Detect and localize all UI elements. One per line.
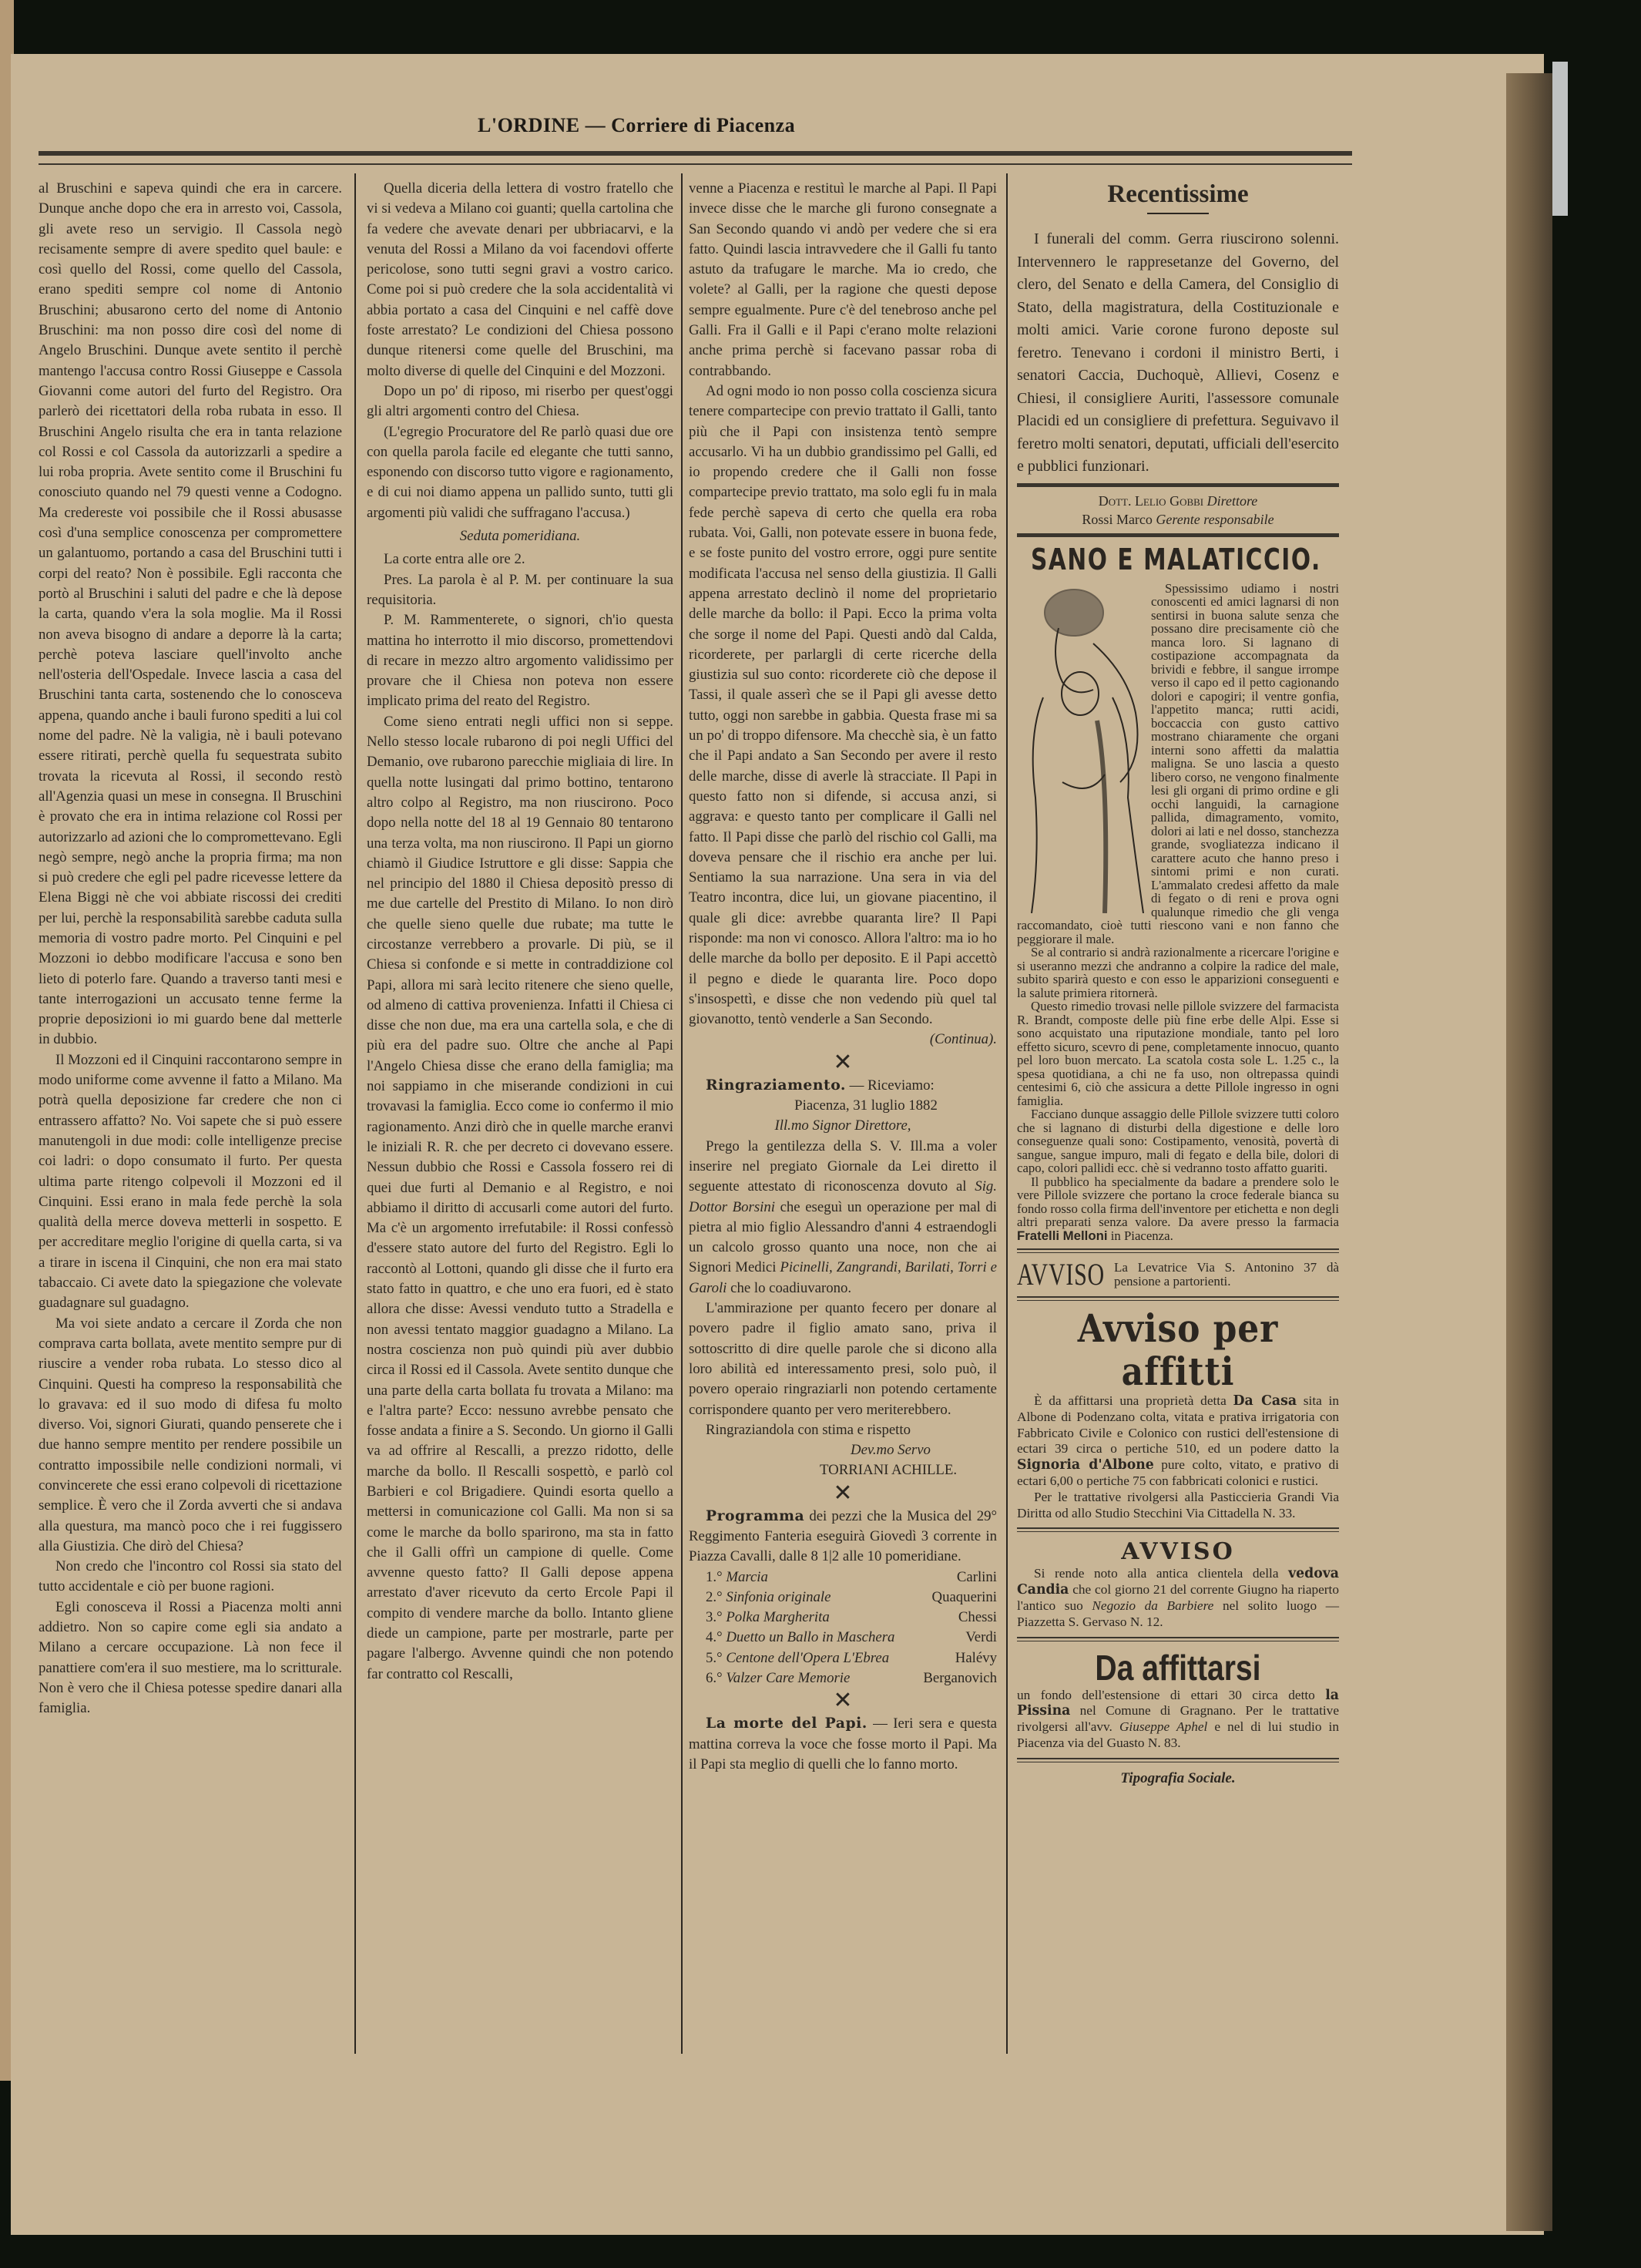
article-lead: — Riceviamo: bbox=[850, 1077, 935, 1094]
continua-label: (Continua). bbox=[689, 1030, 997, 1050]
paragraph: Ad ogni modo io non posso colla coscienz… bbox=[689, 381, 997, 1030]
letter-text: L'ammirazione per quanto fecero per dona… bbox=[689, 1299, 997, 1420]
sano-malaticcio-ad: SANO E MALATICCIO. Spessissimo bbox=[1017, 542, 1339, 1243]
notice-heading: AVVISO bbox=[1017, 1538, 1339, 1566]
notice-heading: Da affittarsi bbox=[1041, 1648, 1314, 1688]
masthead-title: L'ORDINE — Corriere di Piacenza bbox=[478, 114, 795, 137]
paragraph: Il Mozzoni ed il Cinquini raccontarono s… bbox=[39, 1050, 342, 1314]
rule bbox=[1017, 483, 1339, 487]
recentissime-section: Recentissime I funerali del comm. Gerra … bbox=[1017, 179, 1339, 479]
separator-cross-icon: ✕ bbox=[689, 1050, 997, 1075]
mother-child-illustration-icon bbox=[1020, 582, 1145, 913]
paragraph: Egli conosceva il Rossi a Piacenza molti… bbox=[39, 1598, 342, 1719]
column-divider-3 bbox=[1006, 173, 1008, 2054]
morte-papi-article: La morte del Papi. — Ieri sera e questa … bbox=[689, 1713, 997, 1775]
section-heading: Recentissime bbox=[1017, 179, 1339, 210]
article-heading: Ringraziamento. bbox=[706, 1077, 846, 1094]
paragraph: venne a Piacenza e restituì le marche al… bbox=[689, 179, 997, 381]
notice-label: AVVISO bbox=[1017, 1259, 1086, 1290]
da-affittarsi-notice: Da affittarsi un fondo dell'estensione d… bbox=[1017, 1648, 1339, 1752]
program-item: 4.° Duetto un Ballo in MascheraVerdi bbox=[689, 1628, 997, 1648]
staff-credits: Dott. Lelio Gobbi Direttore Rossi Marco … bbox=[1017, 492, 1339, 529]
separator-cross-icon: ✕ bbox=[689, 1481, 997, 1506]
column-3: venne a Piacenza e restituì le marche al… bbox=[689, 179, 997, 1775]
rule bbox=[1017, 1248, 1339, 1253]
section-title: Seduta pomeridiana. bbox=[367, 526, 673, 546]
letter-salutation: Ill.mo Signor Direttore, bbox=[689, 1116, 997, 1136]
program-item: 6.° Valzer Care MemorieBerganovich bbox=[689, 1668, 997, 1688]
rule bbox=[1017, 1527, 1339, 1532]
rule bbox=[1017, 1758, 1339, 1762]
program-item: 1.° MarciaCarlini bbox=[689, 1567, 997, 1588]
lawyer-name: Giuseppe Aphel bbox=[1119, 1719, 1207, 1734]
notice-contact: Per le trattative rivolgersi alla Pastic… bbox=[1017, 1490, 1339, 1522]
masthead-rule bbox=[39, 151, 1352, 165]
rule bbox=[1017, 1637, 1339, 1641]
letter-signature: TORRIANI ACHILLE. bbox=[689, 1460, 997, 1480]
paragraph: (L'egregio Procuratore del Re parlò quas… bbox=[367, 422, 673, 523]
manager-role: Gerente responsabile bbox=[1156, 512, 1274, 527]
letter-servant: Dev.mo Servo bbox=[689, 1440, 997, 1460]
letter-text: che lo coadiuvarono. bbox=[727, 1280, 851, 1296]
book-page-stack bbox=[1506, 73, 1552, 2231]
program-item: 3.° Polka MargheritaChessi bbox=[689, 1608, 997, 1628]
director-name: Dott. Lelio Gobbi bbox=[1099, 493, 1203, 509]
paragraph: Quella diceria della lettera di vostro f… bbox=[367, 179, 673, 381]
separator-cross-icon: ✕ bbox=[689, 1688, 997, 1713]
ringraziamento-article: Ringraziamento. — Riceviamo: Piacenza, 3… bbox=[689, 1075, 997, 1481]
paragraph: Pres. La parola è al P. M. per continuar… bbox=[367, 570, 673, 611]
paragraph: La corte entra alle ore 2. bbox=[367, 549, 673, 570]
column-1: al Bruschini e sapeva quindi che era in … bbox=[39, 179, 342, 1719]
ad-paragraph: Questo rimedio trovasi nelle pillole svi… bbox=[1017, 1000, 1339, 1107]
paragraph: al Bruschini e sapeva quindi che era in … bbox=[39, 179, 342, 1050]
article-body: I funerali del comm. Gerra riuscirono so… bbox=[1017, 228, 1339, 479]
paragraph: Non credo che l'incontro col Rossi sia s… bbox=[39, 1557, 342, 1598]
barbiere-notice: AVVISO Si rende noto alla antica cliente… bbox=[1017, 1538, 1339, 1630]
metal-clip bbox=[1552, 62, 1568, 216]
ad-paragraph: Se al contrario si andrà razionalmente a… bbox=[1017, 946, 1339, 1000]
shop-name: Negozio da Barbiere bbox=[1092, 1598, 1213, 1613]
column-divider-1 bbox=[354, 173, 356, 2054]
column-2: Quella diceria della lettera di vostro f… bbox=[367, 179, 673, 1685]
manager-name: Rossi Marco bbox=[1082, 512, 1153, 527]
ad-heading: SANO E MALATICCIO. bbox=[1031, 542, 1271, 577]
director-role: Direttore bbox=[1207, 493, 1258, 509]
property-name: Signoria d'Albone bbox=[1017, 1457, 1154, 1473]
paragraph: Ma voi siete andato a cercare il Zorda c… bbox=[39, 1314, 342, 1557]
levatrice-notice: AVVISO La Levatrice Via S. Antonino 37 d… bbox=[1017, 1259, 1339, 1290]
notice-text: La Levatrice Via S. Antonino 37 dà pensi… bbox=[1114, 1261, 1339, 1289]
property-name: Da Casa bbox=[1233, 1393, 1297, 1409]
letter-text: Prego la gentilezza della S. V. Ill.ma a… bbox=[689, 1138, 997, 1195]
heading-rule bbox=[1147, 213, 1209, 214]
notice-heading: Avviso per affitti bbox=[1036, 1307, 1320, 1393]
article-heading: Programma bbox=[706, 1507, 804, 1524]
affitti-notice: Avviso per affitti È da affittarsi una p… bbox=[1017, 1307, 1339, 1521]
article-heading: La morte del Papi. bbox=[706, 1715, 867, 1732]
ad-paragraph: Facciano dunque assaggio delle Pillole s… bbox=[1017, 1107, 1339, 1175]
ad-paragraph: Il pubblico ha specialmente da badare a … bbox=[1017, 1175, 1339, 1243]
paragraph: Dopo un po' di riposo, mi riserbo per qu… bbox=[367, 381, 673, 422]
printer-credit: Tipografia Sociale. bbox=[1017, 1769, 1339, 1789]
column-4: Recentissime I funerali del comm. Gerra … bbox=[1017, 179, 1339, 1789]
column-divider-2 bbox=[681, 173, 683, 2054]
pharmacy-name: Fratelli Melloni bbox=[1017, 1228, 1108, 1243]
rule bbox=[1017, 533, 1339, 537]
program-item: 5.° Centone dell'Opera L'EbreaHalévy bbox=[689, 1648, 997, 1668]
letter-date: Piacenza, 31 luglio 1882 bbox=[689, 1096, 997, 1116]
programma-article: Programma dei pezzi che la Musica del 29… bbox=[689, 1506, 997, 1689]
program-item: 2.° Sinfonia originaleQuaquerini bbox=[689, 1588, 997, 1608]
paragraph: Come sieno entrati negli uffici non si s… bbox=[367, 712, 673, 1685]
rule bbox=[1017, 1296, 1339, 1301]
paragraph: P. M. Rammenterete, o signori, ch'io que… bbox=[367, 610, 673, 711]
letter-closing: Ringraziandola con stima e rispetto bbox=[689, 1420, 997, 1440]
